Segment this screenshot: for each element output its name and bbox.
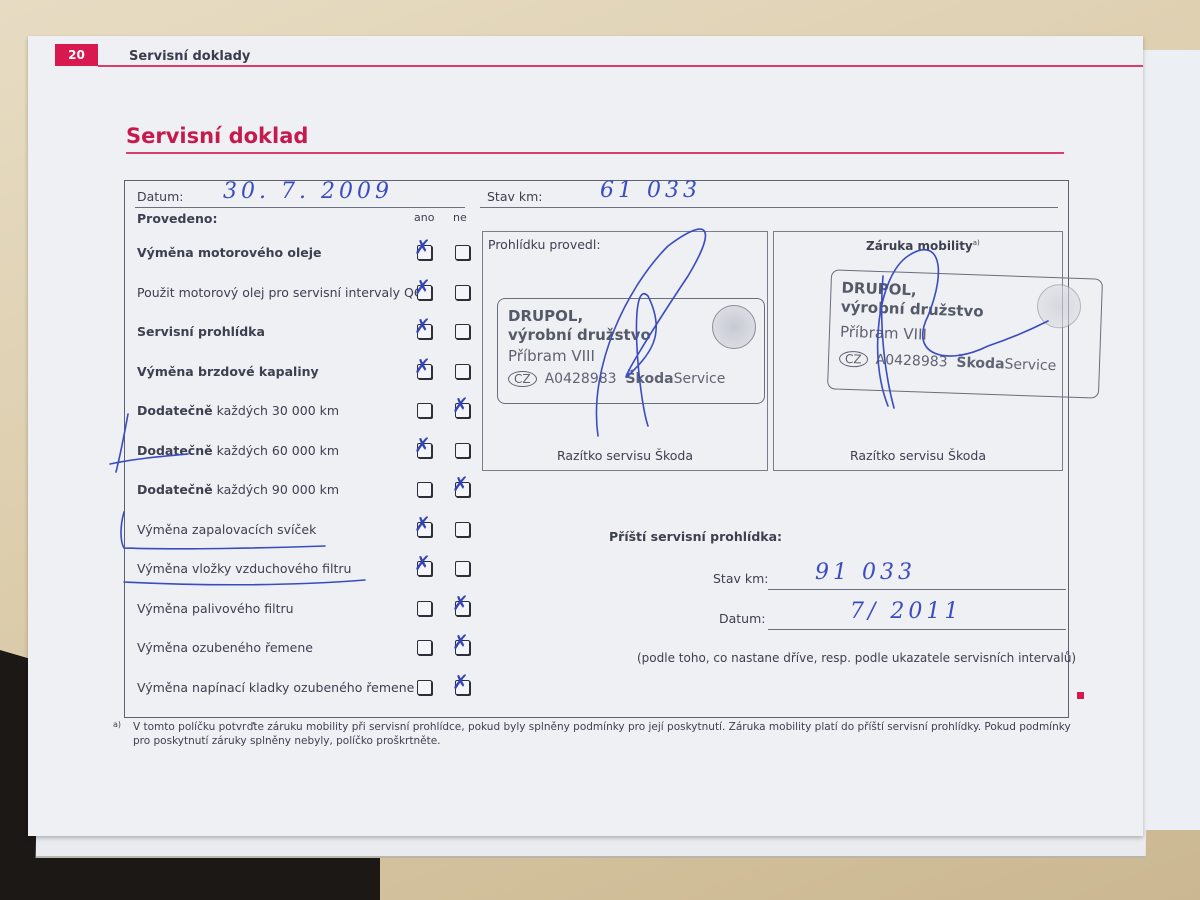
stamp-seal-icon <box>712 305 756 349</box>
next-inspection-note: (podle toho, co nastane dříve, resp. pod… <box>637 651 1076 665</box>
checklist-item-label: Dodatečně každých 30 000 km <box>137 403 339 418</box>
end-marker <box>1077 692 1084 699</box>
checkbox-ano[interactable] <box>417 640 432 655</box>
stamp-line2: výrobní družstvo <box>508 326 651 344</box>
odometer-rule <box>480 207 1058 208</box>
checkbox-ano[interactable]: ✗ <box>417 561 432 576</box>
footnote: a) V tomto políčku potvrďte záruku mobil… <box>133 720 1083 748</box>
checkbox-ne[interactable]: ✗ <box>455 680 470 695</box>
check-mark-icon: ✗ <box>452 593 469 613</box>
checklist-item-label: Servisní prohlídka <box>137 324 265 339</box>
mobility-title: Záruka mobilitya) <box>866 239 980 253</box>
checkbox-ne[interactable]: ✗ <box>455 403 470 418</box>
check-mark-icon: ✗ <box>452 632 469 652</box>
checklist-item-label: Výměna ozubeného řemene <box>137 640 313 655</box>
section-title: Servisní doklady <box>129 49 250 64</box>
checkbox-ano[interactable] <box>417 680 432 695</box>
title-rule <box>126 152 1064 154</box>
inspection-stamp-box: Prohlídku provedl: DRUPOL,výrobní družst… <box>482 231 768 471</box>
checklist-item-label: Výměna motorového oleje <box>137 245 322 260</box>
checkbox-ano[interactable]: ✗ <box>417 443 432 458</box>
service-booklet-page: 20 Servisní doklady Servisní doklad Datu… <box>28 36 1143 836</box>
check-mark-icon: ✗ <box>452 474 469 494</box>
checkbox-ano[interactable]: ✗ <box>417 285 432 300</box>
checkbox-ne[interactable] <box>455 561 470 576</box>
check-mark-icon: ✗ <box>414 356 431 376</box>
service-record-form: Datum: 30. 7. 2009 Stav km: 61 033 Prove… <box>124 180 1069 718</box>
check-mark-icon: ✗ <box>414 237 431 257</box>
date-value[interactable]: 30. 7. 2009 <box>223 179 393 204</box>
checkbox-ano[interactable]: ✗ <box>417 364 432 379</box>
checkbox-ne[interactable] <box>455 285 470 300</box>
col-no-label: ne <box>453 211 467 224</box>
next-date-rule <box>768 629 1066 630</box>
check-mark-icon: ✗ <box>414 514 431 534</box>
next-odometer-label: Stav km: <box>713 571 769 586</box>
check-mark-icon: ✗ <box>414 435 431 455</box>
checkbox-ano[interactable]: ✗ <box>417 324 432 339</box>
header-rule <box>98 65 1143 67</box>
check-mark-icon: ✗ <box>414 553 431 573</box>
next-date-value[interactable]: 7/ 2011 <box>850 599 962 624</box>
document-title: Servisní doklad <box>126 124 308 148</box>
col-yes-label: ano <box>414 211 434 224</box>
checkbox-ano[interactable]: ✗ <box>417 245 432 260</box>
checklist-item-label: Dodatečně každých 90 000 km <box>137 482 339 497</box>
odometer-label: Stav km: <box>487 189 543 204</box>
checklist-item-label: Dodatečně každých 60 000 km <box>137 443 339 458</box>
checklist-item-label: Výměna zapalovacích svíček <box>137 522 316 537</box>
date-rule <box>135 207 465 208</box>
mobility-caption: Razítko servisu Škoda <box>774 448 1062 463</box>
next-date-label: Datum: <box>719 611 766 626</box>
stamp-brand: Service <box>674 371 726 387</box>
next-odometer-rule <box>768 589 1066 590</box>
next-inspection-title: Příští servisní prohlídka: <box>609 529 782 544</box>
checkbox-ne[interactable]: ✗ <box>455 482 470 497</box>
check-mark-icon: ✗ <box>414 316 431 336</box>
checkbox-ne[interactable] <box>455 522 470 537</box>
check-mark-icon: ✗ <box>414 277 431 297</box>
dealer-stamp: DRUPOL,výrobní družstvo Příbram VIII CZA… <box>497 298 765 404</box>
footnote-text: V tomto políčku potvrďte záruku mobility… <box>133 721 1071 747</box>
checklist-item-label: Použit motorový olej pro servisní interv… <box>137 285 432 300</box>
checklist-item-label: Výměna palivového filtru <box>137 601 294 616</box>
odometer-value[interactable]: 61 033 <box>600 178 701 203</box>
mobility-seal-icon <box>1036 284 1082 330</box>
checklist-item-label: Výměna brzdové kapaliny <box>137 364 319 379</box>
stamp-code: A0428983 <box>545 371 617 387</box>
checklist-item-label: Výměna vložky vzduchového filtru <box>137 561 351 576</box>
next-odometer-value[interactable]: 91 033 <box>815 560 916 585</box>
stamp-line3: Příbram VIII <box>508 347 595 365</box>
check-mark-icon: ✗ <box>452 395 469 415</box>
checkbox-ne[interactable] <box>455 245 470 260</box>
inspection-caption: Razítko servisu Škoda <box>483 448 767 463</box>
checkbox-ne[interactable] <box>455 364 470 379</box>
mobility-stamp-box: Záruka mobilitya) DRUPOL,výrobní družstv… <box>773 231 1063 471</box>
mobility-dealer-stamp: DRUPOL,výrobní družstvo Příbram VIII CZA… <box>827 269 1103 398</box>
facing-page <box>1140 50 1200 830</box>
checkbox-ne[interactable] <box>455 324 470 339</box>
checkbox-ano[interactable] <box>417 482 432 497</box>
footnote-mark: a) <box>113 718 121 732</box>
country-badge: CZ <box>508 371 537 387</box>
date-label: Datum: <box>137 189 184 204</box>
stamp-brand-bold: Škoda <box>625 371 673 387</box>
checklist-item-label: Výměna napínací kladky ozubeného řemene <box>137 680 414 695</box>
inspection-title: Prohlídku provedl: <box>488 237 601 252</box>
check-mark-icon: ✗ <box>452 672 469 692</box>
performed-label: Provedeno: <box>137 211 217 226</box>
stamp-line1: DRUPOL, <box>508 307 583 325</box>
checkbox-ano[interactable] <box>417 601 432 616</box>
checkbox-ne[interactable]: ✗ <box>455 601 470 616</box>
checkbox-ano[interactable]: ✗ <box>417 522 432 537</box>
checkbox-ano[interactable] <box>417 403 432 418</box>
checkbox-ne[interactable]: ✗ <box>455 640 470 655</box>
checkbox-ne[interactable] <box>455 443 470 458</box>
page-number: 20 <box>55 44 98 66</box>
